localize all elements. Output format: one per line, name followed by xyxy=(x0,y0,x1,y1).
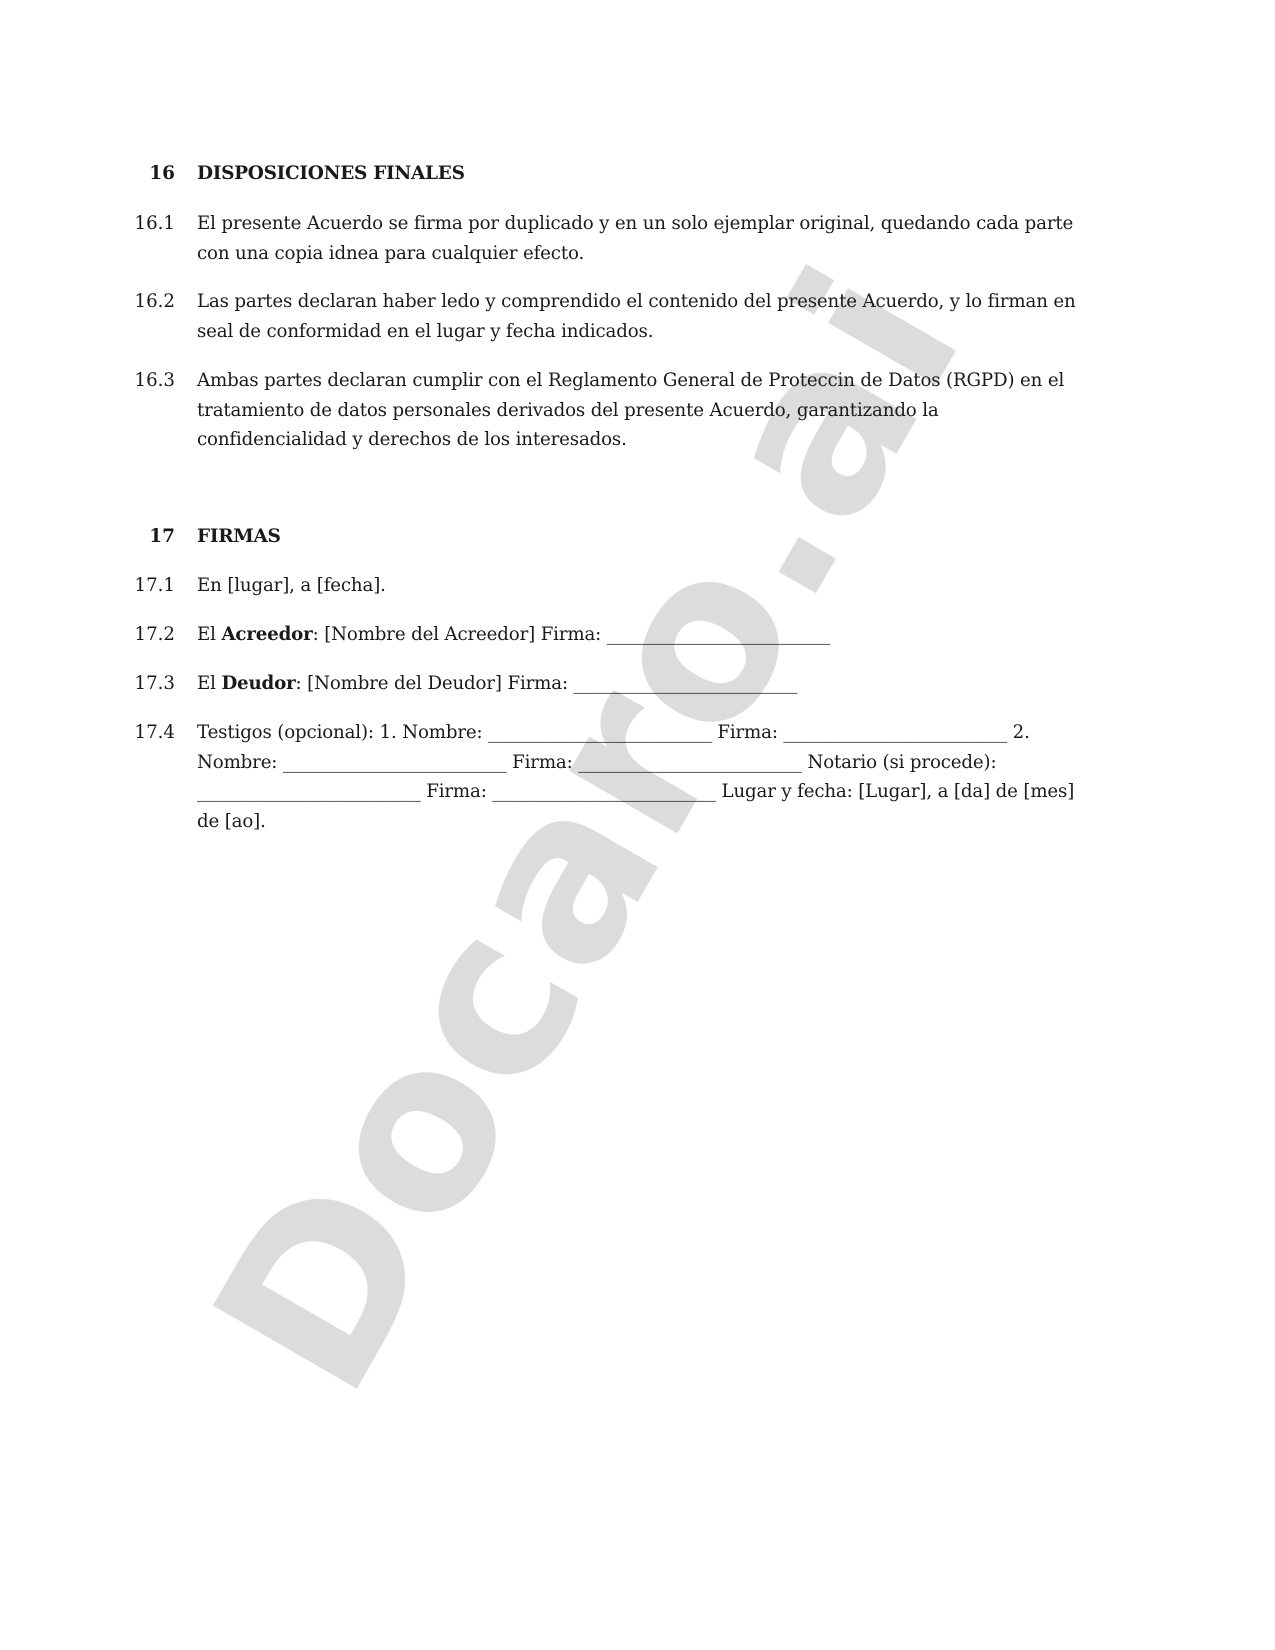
section-title: DISPOSICIONES FINALES xyxy=(197,163,465,184)
clause-prefix: El xyxy=(197,673,221,694)
party-acreedor: Acreedor xyxy=(221,624,312,645)
clause-prefix: El xyxy=(197,624,221,645)
signature-line-deudor: : [Nombre del Deudor] Firma: ___________… xyxy=(296,673,798,694)
section-title: FIRMAS xyxy=(197,526,281,547)
witnesses-text: Testigos (opcional): 1. Nombre: ________… xyxy=(197,718,1077,836)
clause-number: 17.1 xyxy=(120,571,175,601)
signature-line-acreedor: : [Nombre del Acreedor] Firma: _________… xyxy=(313,624,831,645)
clause-text: Las partes declaran haber ledo y compren… xyxy=(197,287,1077,346)
section-number: 16 xyxy=(120,163,175,184)
clause-text: Ambas partes declaran cumplir con el Reg… xyxy=(197,366,1077,455)
party-deudor: Deudor xyxy=(221,673,295,694)
clause-text: El Deudor: [Nombre del Deudor] Firma: __… xyxy=(197,669,1077,699)
clause-number: 17.4 xyxy=(120,718,175,748)
clause-number: 17.2 xyxy=(120,620,175,650)
section-number: 17 xyxy=(120,526,175,547)
clause-number: 17.3 xyxy=(120,669,175,699)
clause-number: 16.2 xyxy=(120,287,175,317)
clause-text: En [lugar], a [fecha]. xyxy=(197,571,1077,601)
clause-number: 16.1 xyxy=(120,209,175,239)
clause-text: El presente Acuerdo se firma por duplica… xyxy=(197,209,1077,268)
clause-number: 16.3 xyxy=(120,366,175,396)
clause-text: El Acreedor: [Nombre del Acreedor] Firma… xyxy=(197,620,1077,650)
